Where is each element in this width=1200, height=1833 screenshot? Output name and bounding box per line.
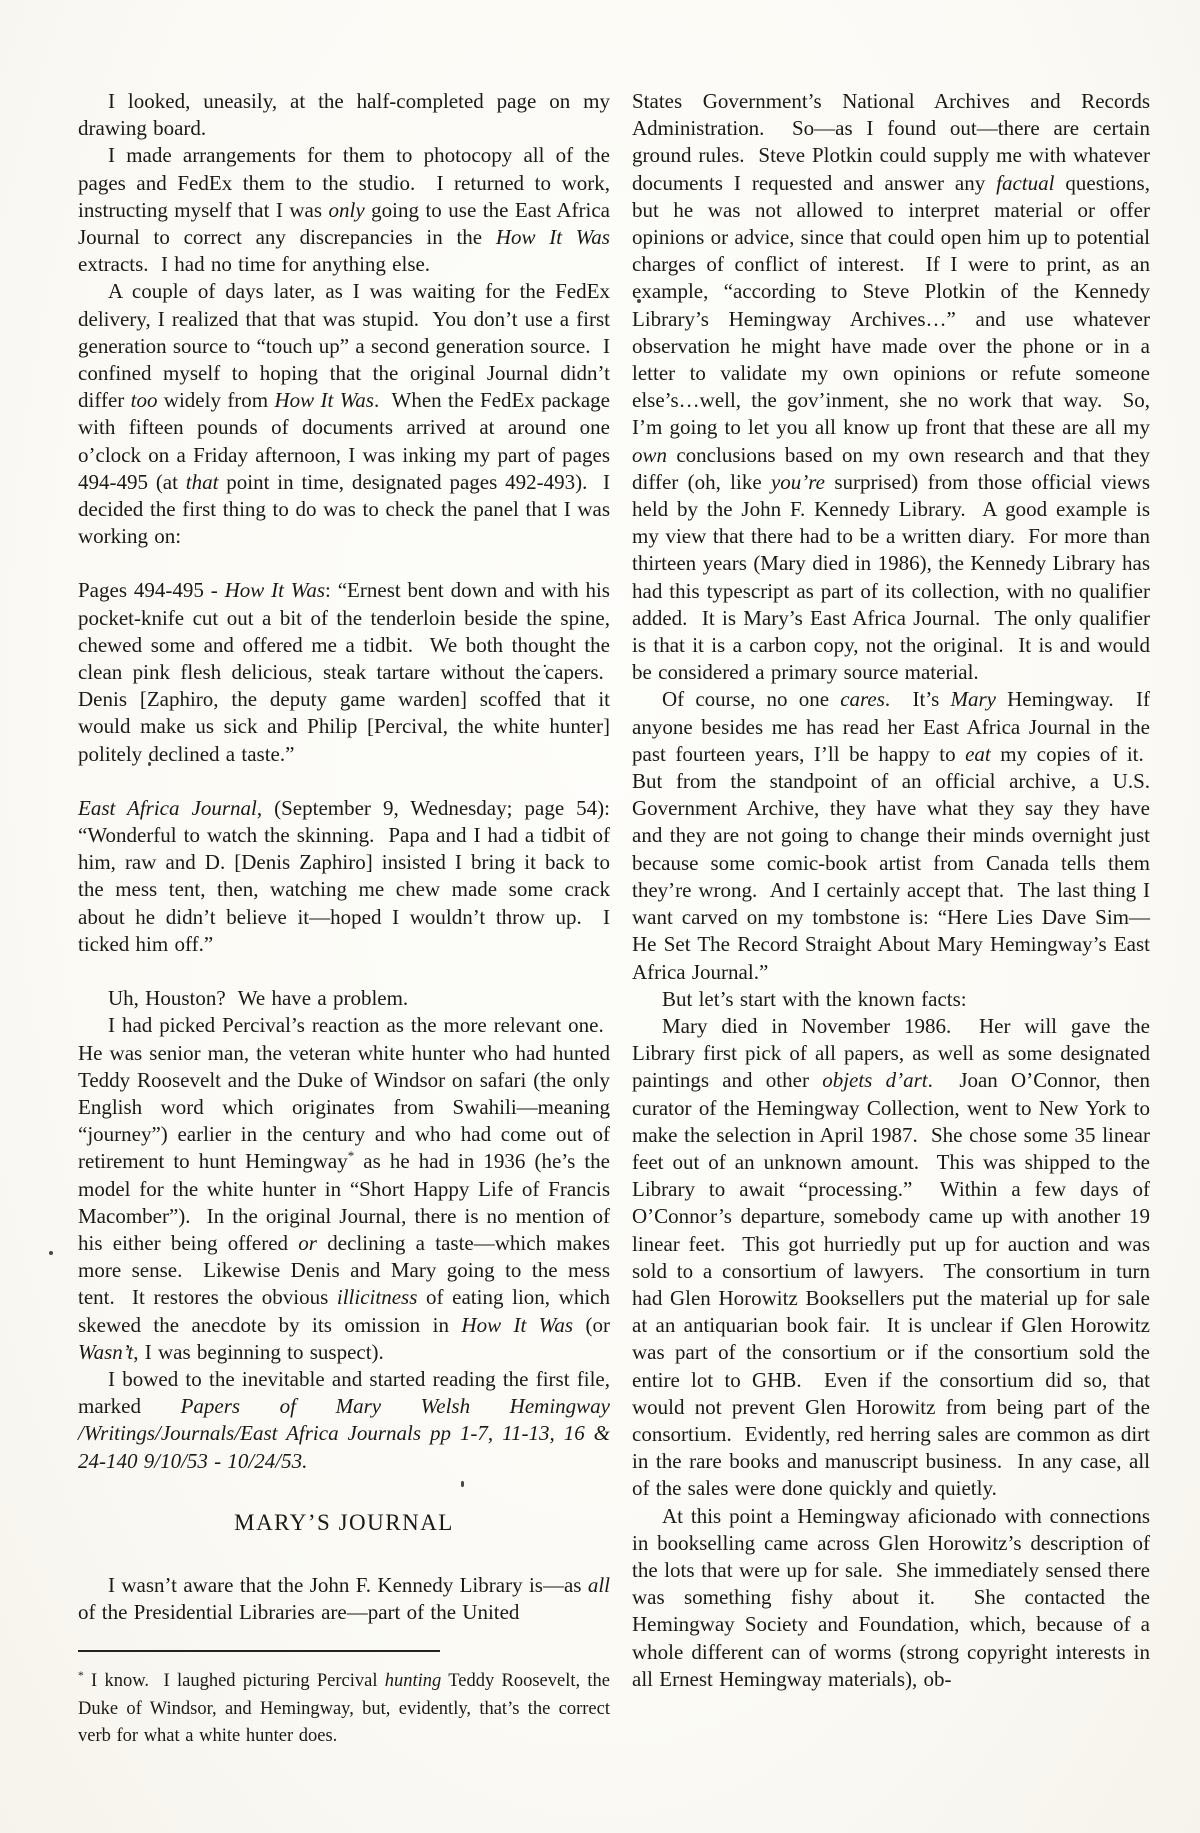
paragraph: East Africa Journal, (September 9, Wedne… xyxy=(78,795,610,958)
paragraph: A couple of days later, as I was waiting… xyxy=(78,278,610,550)
paragraph: States Government’s National Archives an… xyxy=(632,88,1150,686)
paragraph: Mary died in November 1986. Her will gav… xyxy=(632,1013,1150,1503)
paragraph: I wasn’t aware that the John F. Kennedy … xyxy=(78,1572,610,1626)
right-column: States Government’s National Archives an… xyxy=(632,88,1150,1693)
paragraph: I looked, uneasily, at the half-complete… xyxy=(78,88,610,142)
scanned-page: I looked, uneasily, at the half-complete… xyxy=(0,0,1200,1833)
paragraph: Uh, Houston? We have a problem. xyxy=(78,985,610,1012)
scan-speck xyxy=(461,1481,464,1487)
scan-speck xyxy=(49,1251,53,1255)
left-column: I looked, uneasily, at the half-complete… xyxy=(78,88,610,1750)
paragraph: At this point a Hemingway aficionado wit… xyxy=(632,1503,1150,1693)
paragraph: I bowed to the inevitable and started re… xyxy=(78,1366,610,1475)
section-heading: MARY’S JOURNAL xyxy=(78,1509,610,1536)
paragraph: I made arrangements for them to photocop… xyxy=(78,142,610,278)
scan-speck xyxy=(637,299,641,303)
scan-speck xyxy=(148,762,151,766)
footnote-rule xyxy=(78,1650,440,1652)
text-columns: I looked, uneasily, at the half-complete… xyxy=(78,88,1150,1750)
paragraph: But let’s start with the known facts: xyxy=(632,986,1150,1013)
paragraph: Of course, no one cares. It’s Mary Hemin… xyxy=(632,686,1150,985)
paragraph: Pages 494-495 - How It Was: “Ernest bent… xyxy=(78,577,610,767)
footnote: * I know. I laughed picturing Percival h… xyxy=(78,1668,610,1750)
paragraph: I had picked Percival’s reaction as the … xyxy=(78,1012,610,1366)
